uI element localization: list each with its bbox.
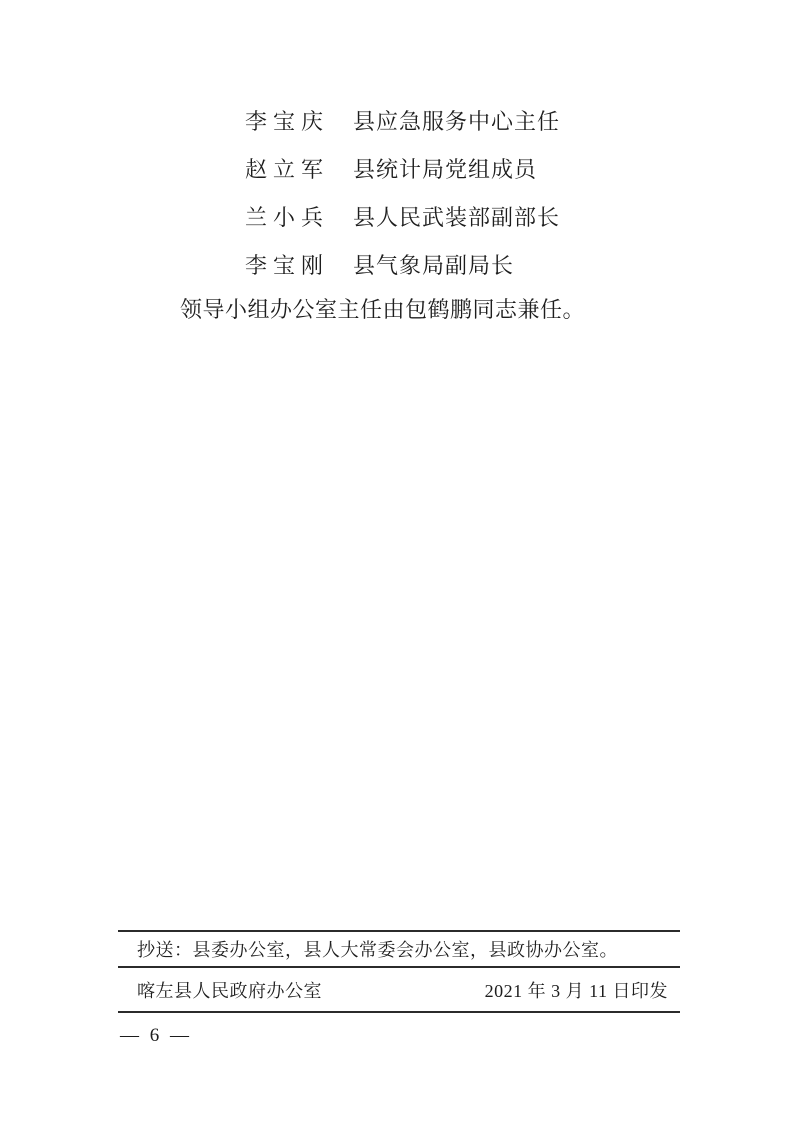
member-title: 县气象局副局长	[353, 249, 514, 280]
member-name: 李宝刚	[245, 249, 353, 280]
issuer-name: 喀左县人民政府办公室	[137, 977, 322, 1003]
member-name: 李宝庆	[245, 105, 353, 136]
member-row: 赵立军 县统计局党组成员	[245, 144, 560, 192]
cc-row: 抄送：县委办公室，县人大常委会办公室，县政协办公室。	[118, 930, 680, 968]
member-title: 县应急服务中心主任	[353, 105, 560, 136]
member-title: 县人民武装部副部长	[353, 201, 560, 232]
member-list: 李宝庆 县应急服务中心主任 赵立军 县统计局党组成员 兰小兵 县人民武装部副部长…	[245, 96, 560, 288]
print-date: 2021 年 3 月 11 日印发	[485, 977, 668, 1003]
member-row: 李宝刚 县气象局副局长	[245, 240, 560, 288]
member-row: 李宝庆 县应急服务中心主任	[245, 96, 560, 144]
closing-line: 领导小组办公室主任由包鹤鹏同志兼任。	[180, 286, 585, 334]
issue-row: 喀左县人民政府办公室 2021 年 3 月 11 日印发	[118, 968, 680, 1013]
member-name: 赵立军	[245, 153, 353, 184]
page-number: — 6 —	[120, 1025, 192, 1047]
cc-line: 抄送：县委办公室，县人大常委会办公室，县政协办公室。	[137, 936, 618, 962]
member-row: 兰小兵 县人民武装部副部长	[245, 192, 560, 240]
member-title: 县统计局党组成员	[353, 153, 537, 184]
document-page: 李宝庆 县应急服务中心主任 赵立军 县统计局党组成员 兰小兵 县人民武装部副部长…	[0, 0, 800, 1130]
member-name: 兰小兵	[245, 201, 353, 232]
